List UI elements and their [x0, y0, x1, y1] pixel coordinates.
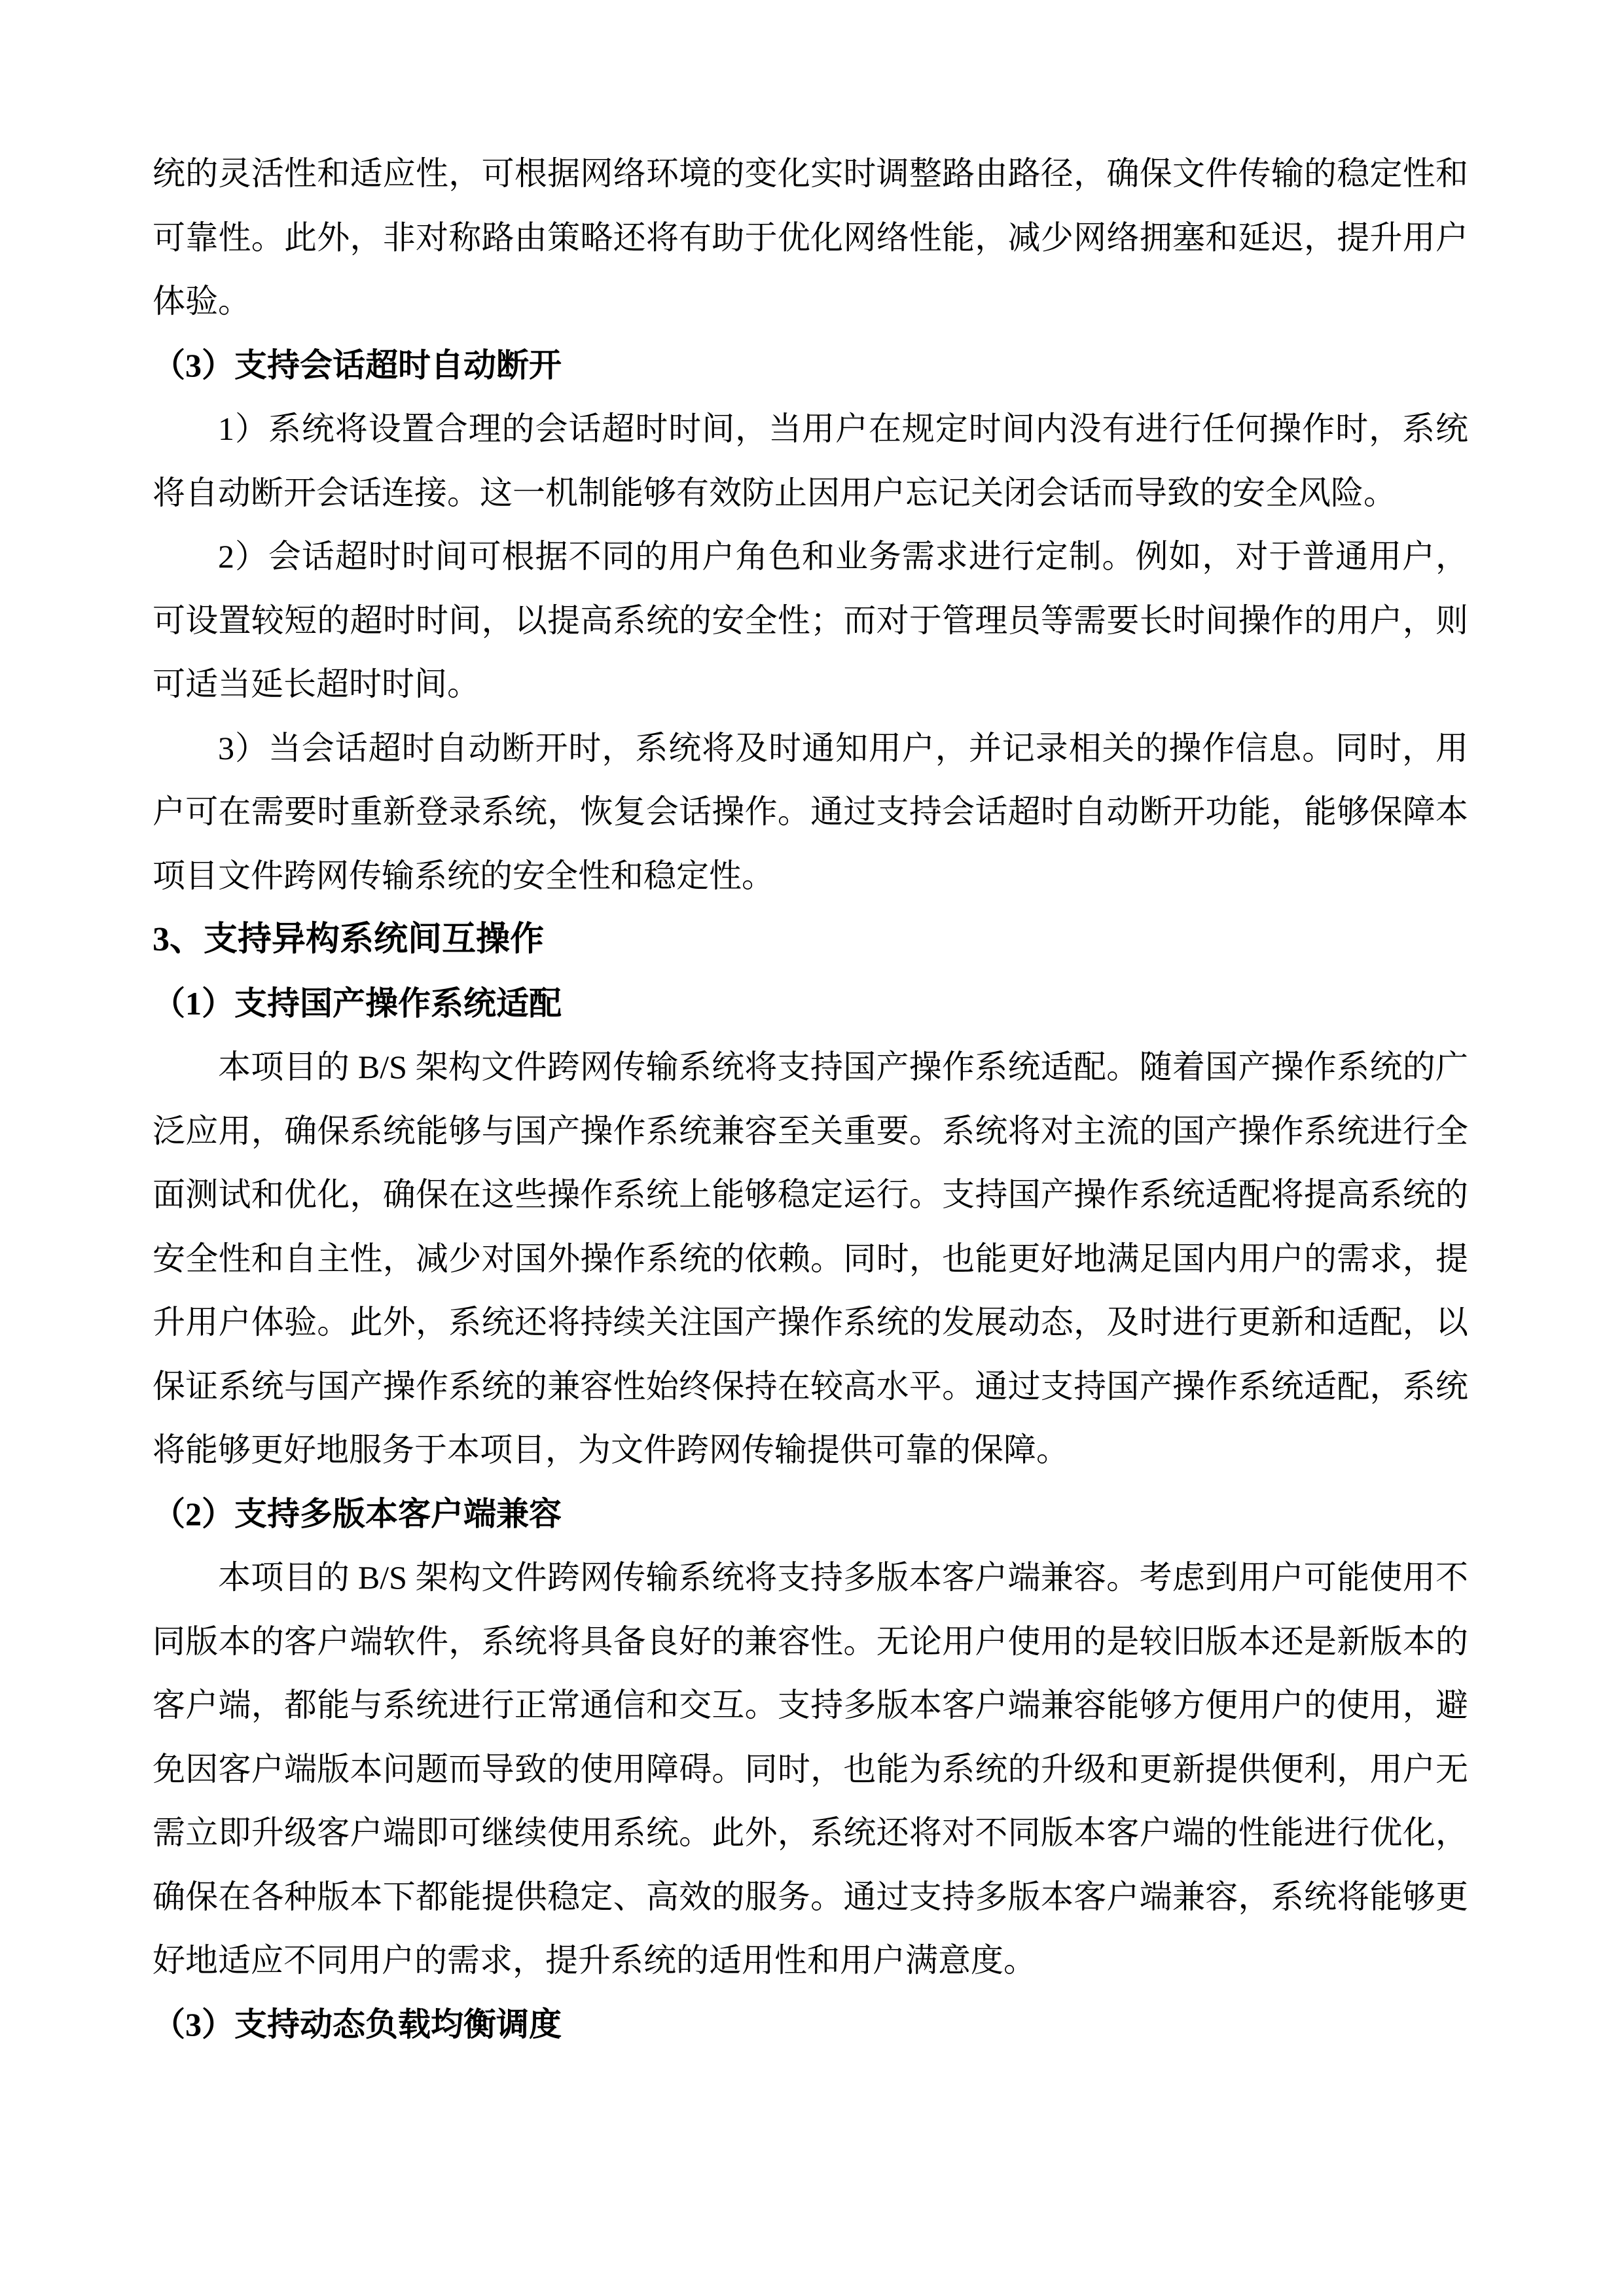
heading-dynamic-load-balancing: （3）支持动态负载均衡调度	[153, 1993, 1468, 2057]
heading-session-timeout: （3）支持会话超时自动断开	[153, 334, 1468, 398]
para-domestic-os: 本项目的 B/S 架构文件跨网传输系统将支持国产操作系统适配。随着国产操作系统的…	[153, 1035, 1468, 1482]
para-session-timeout-2: 2）会话超时时间可根据不同的用户角色和业务需求进行定制。例如，对于普通用户，可设…	[153, 525, 1468, 717]
para-session-timeout-1: 1）系统将设置合理的会话超时时间，当用户在规定时间内没有进行任何操作时，系统将自…	[153, 397, 1468, 525]
para-session-timeout-3: 3）当会话超时自动断开时，系统将及时通知用户，并记录相关的操作信息。同时，用户可…	[153, 717, 1468, 908]
document-page: 统的灵活性和适应性，可根据网络环境的变化实时调整路由路径，确保文件传输的稳定性和…	[0, 0, 1624, 2296]
heading-domestic-os: （1）支持国产操作系统适配	[153, 972, 1468, 1036]
para-asymmetric-routing-continued: 统的灵活性和适应性，可根据网络环境的变化实时调整路由路径，确保文件传输的稳定性和…	[153, 142, 1468, 334]
heading-multi-version-client: （2）支持多版本客户端兼容	[153, 1482, 1468, 1547]
para-multi-version-client: 本项目的 B/S 架构文件跨网传输系统将支持多版本客户端兼容。考虑到用户可能使用…	[153, 1546, 1468, 1993]
heading-heterogeneous-interop: 3、支持异构系统间互操作	[153, 908, 1468, 972]
document-body: 统的灵活性和适应性，可根据网络环境的变化实时调整路由路径，确保文件传输的稳定性和…	[153, 142, 1468, 2056]
